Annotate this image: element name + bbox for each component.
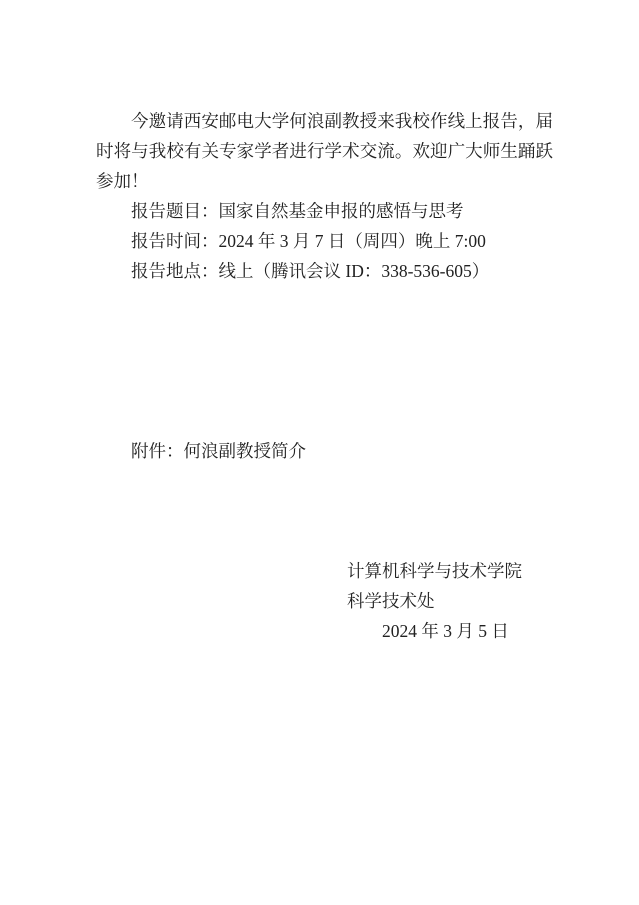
signature-org-college: 计算机科学与技术学院 <box>347 556 553 586</box>
signature-org-department: 科学技术处 <box>347 586 553 616</box>
report-title-line: 报告题目：国家自然基金申报的感悟与思考 <box>96 196 553 226</box>
report-time-line: 报告时间：2024 年 3 月 7 日（周四）晚上 7:00 <box>96 226 553 256</box>
report-location-line: 报告地点：线上（腾讯会议 ID：338-536-605） <box>96 256 553 286</box>
signature-block: 计算机科学与技术学院 科学技术处 2024 年 3 月 5 日 <box>347 556 553 646</box>
document-page: 今邀请西安邮电大学何浪副教授来我校作线上报告，届时将与我校有关专家学者进行学术交… <box>0 0 639 905</box>
intro-paragraph: 今邀请西安邮电大学何浪副教授来我校作线上报告，届时将与我校有关专家学者进行学术交… <box>96 106 553 196</box>
signature-date: 2024 年 3 月 5 日 <box>347 616 553 646</box>
attachment-line: 附件：何浪副教授简介 <box>96 436 553 466</box>
